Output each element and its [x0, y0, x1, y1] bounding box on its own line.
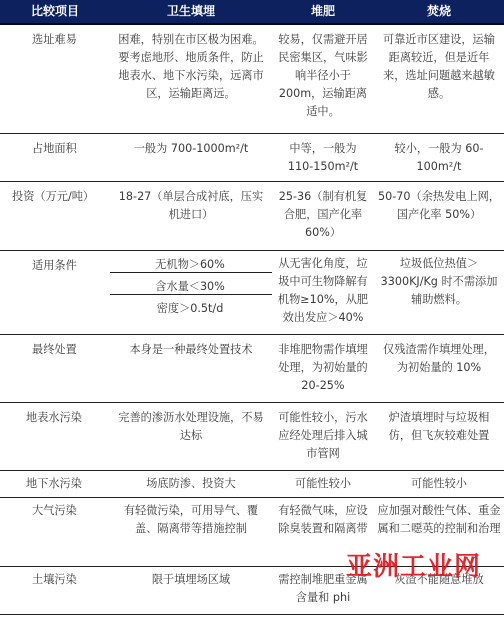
header-incineration: 焚烧 — [374, 0, 504, 25]
compost-cell: 中等，一般为 110-150m²/t — [272, 140, 374, 176]
incineration-cell: 炉渣填埋时与垃圾相仿，但飞灰较难处置 — [374, 409, 504, 445]
table-bottom-border — [0, 614, 504, 615]
landfill-cell: 18-27（单层合成衬底，压实机进口） — [112, 188, 270, 224]
compost-cell: 非堆肥物需作填埋处理，为初始量的 20-25% — [272, 341, 374, 395]
incineration-cell: 仅残渣需作填埋处理，为初始量的 10% — [374, 341, 504, 377]
row-label: 投资（万元/吨） — [0, 188, 110, 206]
row-label: 适用条件 — [0, 257, 110, 275]
landfill-cell: 限于填埋场区域 — [112, 571, 270, 589]
incineration-cell: 较小，一般为 60-100m²/t — [374, 140, 504, 176]
compost-cell: 有轻微气味，应设除臭装置和隔离带 — [272, 502, 374, 538]
sub-divider — [110, 294, 272, 295]
watermark: 亚洲工业网 — [346, 546, 481, 583]
landfill-cell: 有轻微污染，可用导气、覆盖、隔离带等措施控制 — [112, 502, 270, 538]
row-label: 大气污染 — [0, 502, 110, 520]
header-compost: 堆肥 — [272, 0, 374, 25]
table-row-final-disposal: 最终处置 本身是一种最终处置技术 非堆肥物需作填埋处理，为初始量的 20-25%… — [0, 334, 504, 402]
header-landfill: 卫生填埋 — [112, 0, 270, 25]
sub-divider — [110, 272, 272, 273]
compost-cell: 从无害化角度，垃圾中可生物降解有机物≥10%，从肥效出发应＞40% — [272, 255, 374, 327]
table-row-applicable-conditions: 适用条件 无机物＞60% 含水量＜30% 密度＞0.5t/d 从无害化角度，垃圾… — [0, 250, 504, 334]
landfill-cell: 本身是一种最终处置技术 — [112, 341, 270, 359]
table-header: 比较项目 卫生填埋 堆肥 焚烧 — [0, 0, 504, 25]
table-row-land-area: 占地面积 一般为 700-1000m²/t 中等，一般为 110-150m²/t… — [0, 133, 504, 181]
landfill-cell: 困难，特别在市区极为困难。要考虑地形、地质条件，防止地表水、地下水污染，远离市区… — [112, 31, 270, 103]
compost-cell: 较易，仅需避开居民密集区，气味影响半径小于200m，运输距离适中。 — [272, 31, 374, 121]
row-label: 土壤污染 — [0, 571, 110, 589]
header-item: 比较项目 — [0, 0, 110, 25]
incineration-cell: 50-70（余热发电上网，国产化率 50%） — [374, 188, 504, 224]
row-label: 地表水污染 — [0, 409, 110, 427]
row-label: 最终处置 — [0, 341, 110, 359]
landfill-cell: 完善的渗沥水处理设施，不易达标 — [112, 409, 270, 445]
incineration-cell: 应加强对酸性气体、重金属和二噁英的控制和治理 — [374, 502, 504, 538]
table-row-site-selection: 选址难易 困难，特别在市区极为困难。要考虑地形、地质条件，防止地表水、地下水污染… — [0, 25, 504, 133]
incineration-cell: 垃圾低位热值＞3300KJ/Kg 时不需添加辅助燃料。 — [374, 255, 504, 309]
compost-cell: 可能性较小 — [272, 475, 374, 493]
landfill-cell: 场底防渗、投资大 — [112, 475, 270, 493]
compost-cell: 可能性较小，污水应经处理后排入城市管网 — [272, 409, 374, 463]
compost-cell: 25-36（制有机复合肥，国产化率60%） — [272, 188, 374, 242]
incineration-cell: 可靠近市区建设，运输距离较近，但是近年来，选址问题越来越敏感。 — [374, 31, 504, 103]
row-label: 选址难易 — [0, 31, 110, 49]
landfill-condition-density: 密度＞0.5t/d — [110, 300, 270, 318]
table-row-investment: 投资（万元/吨） 18-27（单层合成衬底，压实机进口） 25-36（制有机复合… — [0, 181, 504, 250]
row-label: 地下水污染 — [0, 475, 110, 493]
incineration-cell: 可能性较小 — [374, 475, 504, 493]
table-row-surface-water: 地表水污染 完善的渗沥水处理设施，不易达标 可能性较小，污水应经处理后排入城市管… — [0, 402, 504, 470]
table-row-groundwater: 地下水污染 场底防渗、投资大 可能性较小 可能性较小 — [0, 470, 504, 497]
row-label: 占地面积 — [0, 140, 110, 158]
landfill-cell: 一般为 700-1000m²/t — [112, 140, 270, 158]
